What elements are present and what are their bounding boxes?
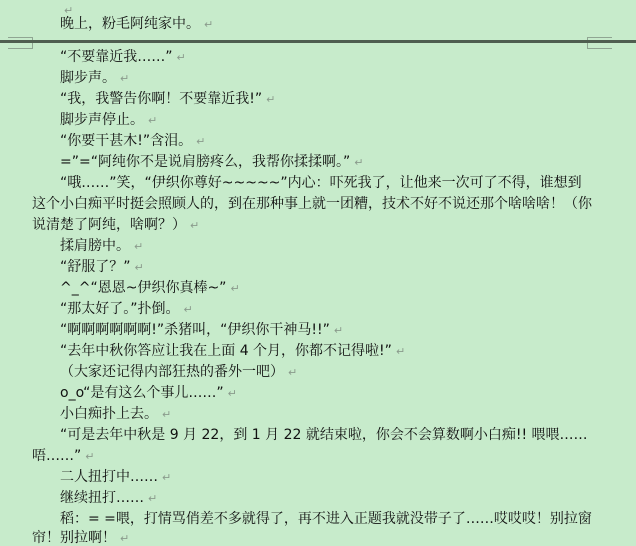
paragraph-text: “去年中秋你答应让我在上面 4 个月，你都不记得啦!” [60, 343, 392, 359]
margin-corner-mark [8, 37, 33, 49]
paragraph-mark-icon: ↵ [184, 303, 193, 316]
paragraph-continuation[interactable]: 唔……”↵ [32, 446, 94, 466]
paragraph-text: （大家还记得内部狂热的番外一吧） [60, 364, 284, 380]
paragraph-mark-icon: ↵ [228, 387, 237, 400]
paragraph[interactable]: o_o“是有这么个事儿……”↵ [60, 383, 237, 403]
paragraph[interactable]: 小白痴扑上去。↵ [60, 404, 171, 424]
paragraph[interactable]: “哦……”笑，“伊织你尊好~~~~~”内心：吓死我了，让他来一次可了不得，谁想到 [60, 173, 582, 193]
paragraph-text: 揉肩膀中。 [60, 238, 130, 254]
paragraph-continuation[interactable]: 这个小白痴平时挺会照顾人的，到在那种事上就一团糟，技术不好不说还那个啥啥啥！（你 [32, 194, 592, 214]
paragraph-text: =”=“阿纯你不是说肩膀疼么，我帮你揉揉啊。” [60, 154, 350, 170]
paragraph[interactable]: “去年中秋你答应让我在上面 4 个月，你都不记得啦!”↵ [60, 341, 405, 361]
paragraph-continuation[interactable]: 说清楚了阿纯，啥啊？）↵ [32, 215, 199, 235]
paragraph-mark-icon: ↵ [190, 219, 199, 232]
paragraph-text: 脚步声。 [60, 70, 116, 86]
paragraph-text: 稻：= =喂，打情骂俏差不多就得了，再不进入正题我就没带子了……哎哎哎！别拉窗 [60, 511, 592, 527]
paragraph[interactable]: “不要靠近我……”↵ [60, 47, 186, 67]
paragraph-text: 脚步声停止。 [60, 112, 144, 128]
paragraph-mark-icon: ↵ [266, 93, 275, 106]
paragraph-text: o_o“是有这么个事儿……” [60, 385, 224, 401]
paragraph[interactable]: 脚步声停止。↵ [60, 110, 157, 130]
paragraph-mark-icon: ↵ [288, 366, 297, 379]
paragraph[interactable]: “可是去年中秋是 9 月 22，到 1 月 22 就结束啦，你会不会算数啊小白痴… [60, 425, 588, 445]
paragraph-text: 继续扭打…… [60, 490, 144, 506]
paragraph-mark-icon: ↵ [177, 51, 186, 64]
paragraph-text: “哦……”笑，“伊织你尊好~~~~~”内心：吓死我了，让他来一次可了不得，谁想到 [60, 175, 582, 191]
paragraph-mark-icon: ↵ [148, 114, 157, 127]
paragraph[interactable]: 稻：= =喂，打情骂俏差不多就得了，再不进入正题我就没带子了……哎哎哎！别拉窗 [60, 509, 592, 529]
paragraph-mark-icon: ↵ [148, 492, 157, 505]
paragraph-mark-icon: ↵ [120, 532, 129, 545]
paragraph-mark-icon: ↵ [134, 240, 143, 253]
paragraph-text: “我，我警告你啊！不要靠近我!” [60, 91, 262, 107]
paragraph-text: 说清楚了阿纯，啥啊？） [32, 217, 186, 233]
paragraph-mark-icon: ↵ [334, 324, 343, 337]
paragraph[interactable]: =”=“阿纯你不是说肩膀疼么，我帮你揉揉啊。”↵ [60, 152, 363, 172]
paragraph-text: “不要靠近我……” [60, 49, 173, 65]
paragraph-text: “可是去年中秋是 9 月 22，到 1 月 22 就结束啦，你会不会算数啊小白痴… [60, 427, 588, 443]
paragraph-text: “舒服了？” [60, 259, 131, 275]
paragraph-mark-icon: ↵ [396, 345, 405, 358]
paragraph-text: 二人扭打中…… [60, 469, 158, 485]
paragraph[interactable]: “那太好了。”扑倒。↵ [60, 299, 193, 319]
paragraph-text: ^_^“恩恩~伊织你真棒~” [60, 280, 226, 296]
paragraph-mark-icon: ↵ [204, 18, 213, 31]
paragraph[interactable]: ^_^“恩恩~伊织你真棒~”↵ [60, 278, 240, 298]
paragraph-text: “那太好了。”扑倒。 [60, 301, 180, 317]
paragraph[interactable]: 继续扭打……↵ [60, 488, 157, 508]
paragraph-mark-icon: ↵ [120, 72, 129, 85]
paragraph-mark-icon: ↵ [196, 135, 205, 148]
paragraph-mark-icon: ↵ [162, 408, 171, 421]
margin-corner-mark [587, 37, 612, 49]
paragraph-text: 小白痴扑上去。 [60, 406, 158, 422]
paragraph-text: “你要干甚木!”含泪。 [60, 133, 192, 149]
paragraph[interactable]: 晚上，粉毛阿纯家中。↵ [60, 14, 213, 34]
page-break-divider [0, 40, 636, 43]
paragraph[interactable]: （大家还记得内部狂热的番外一吧）↵ [60, 362, 297, 382]
paragraph[interactable]: “舒服了？”↵ [60, 257, 144, 277]
paragraph[interactable]: 揉肩膀中。↵ [60, 236, 143, 256]
paragraph-continuation[interactable]: 帘！别拉啊！↵ [32, 528, 129, 546]
paragraph[interactable]: “啊啊啊啊啊啊!”杀猪叫，“伊织你干神马!!”↵ [60, 320, 343, 340]
paragraph-text: “啊啊啊啊啊啊!”杀猪叫，“伊织你干神马!!” [60, 322, 330, 338]
paragraph-text: 帘！别拉啊！ [32, 530, 116, 546]
paragraph-mark-icon: ↵ [162, 471, 171, 484]
paragraph[interactable]: “你要干甚木!”含泪。↵ [60, 131, 205, 151]
paragraph[interactable]: 脚步声。↵ [60, 68, 129, 88]
paragraph[interactable]: “我，我警告你啊！不要靠近我!”↵ [60, 89, 275, 109]
paragraph[interactable]: 二人扭打中……↵ [60, 467, 171, 487]
document-page[interactable]: ↵ 晚上，粉毛阿纯家中。↵ “不要靠近我……”↵ 脚步声。↵ “我，我警告你啊！… [0, 0, 636, 546]
paragraph-mark-icon: ↵ [135, 261, 144, 274]
paragraph-mark-icon: ↵ [354, 156, 363, 169]
paragraph-mark-icon: ↵ [85, 450, 94, 463]
paragraph-text: 晚上，粉毛阿纯家中。 [60, 16, 200, 32]
paragraph-text: 唔……” [32, 448, 81, 464]
paragraph-mark-icon: ↵ [230, 282, 239, 295]
paragraph-text: 这个小白痴平时挺会照顾人的，到在那种事上就一团糟，技术不好不说还那个啥啥啥！（你 [32, 196, 592, 212]
